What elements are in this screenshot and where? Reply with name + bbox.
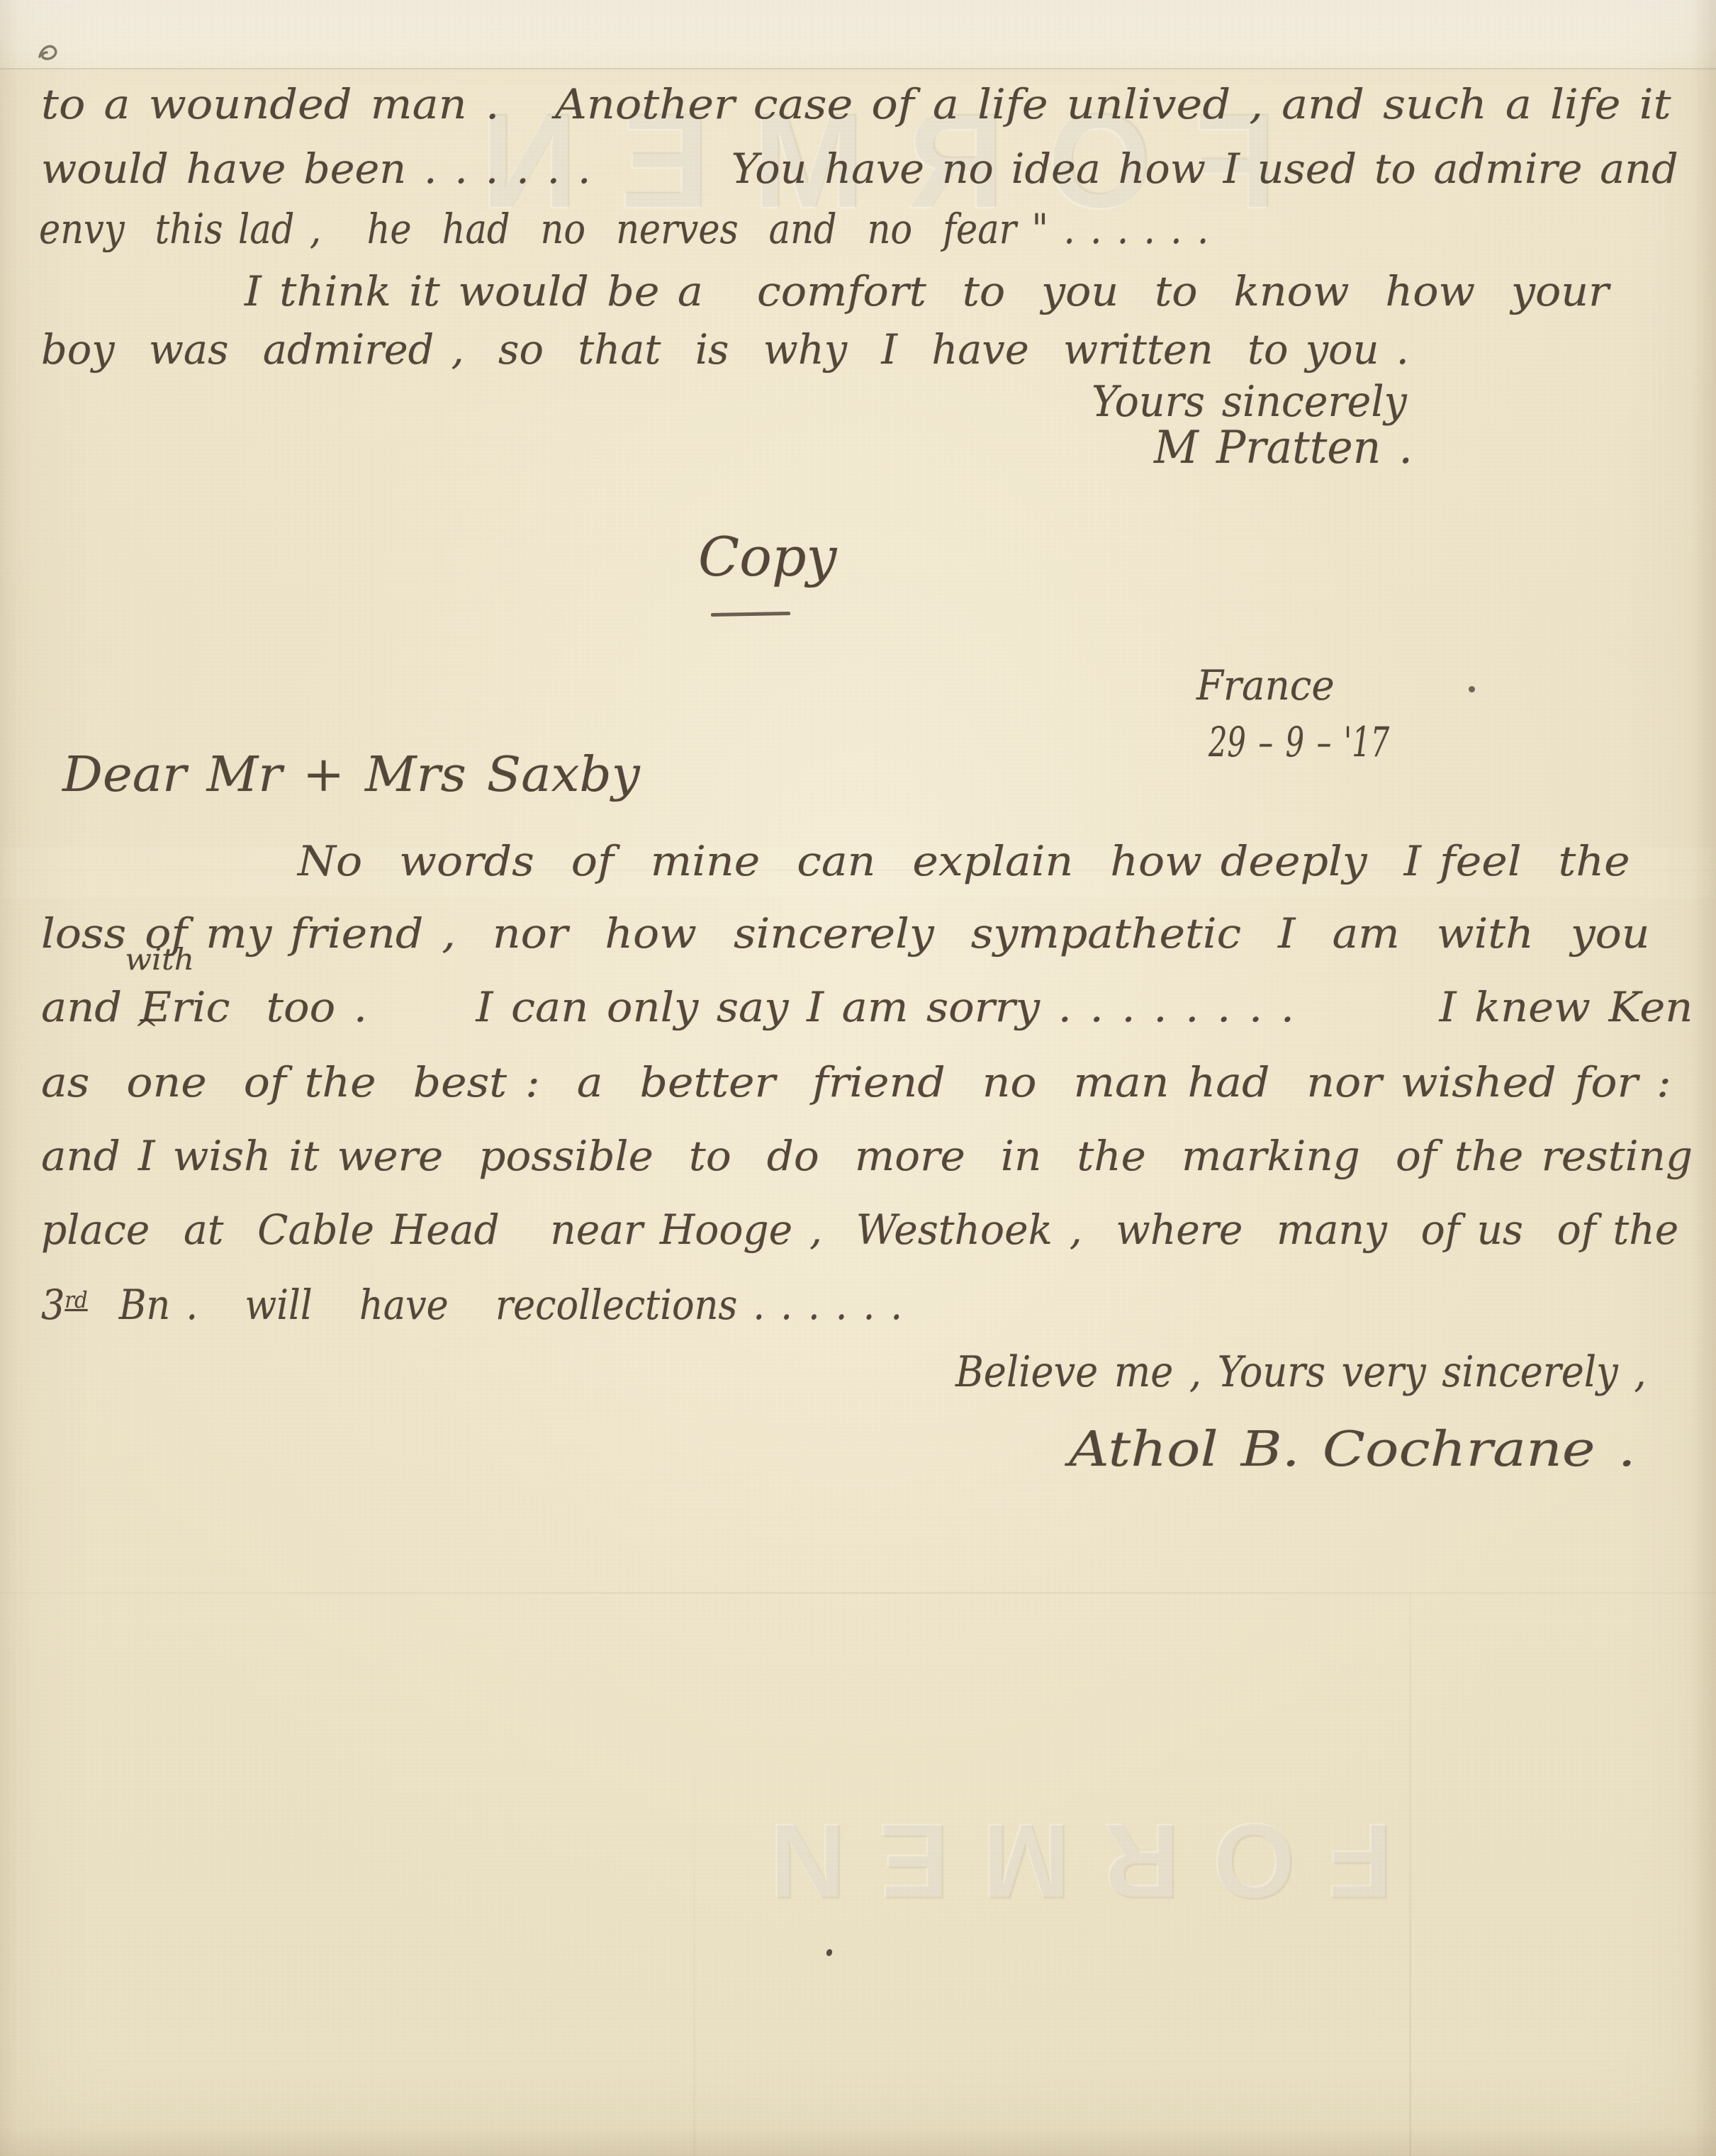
salutation: Dear Mr + Mrs Saxby <box>62 751 640 799</box>
corner-mark <box>35 40 67 68</box>
fold-crease-horizontal <box>0 869 1716 871</box>
scanned-letter-page: { "page": { "paper_color": "#ece2c8", "i… <box>0 0 1716 2156</box>
copy-heading: Copy <box>698 530 837 584</box>
embossed-ghost-text-bottom: FORMEN <box>737 1800 1393 1923</box>
handwriting-line: envy this lad , he had no nerves and no … <box>39 208 1209 249</box>
paper-edge-shadow-left <box>0 0 18 2156</box>
body-line: loss of my friend , nor how sincerely sy… <box>41 913 1650 954</box>
handwriting-line: would have been . . . . . . You have no … <box>41 148 1678 189</box>
insertion-line-start: and <box>41 983 122 1031</box>
insertion-line-rest: Eric too . I can only say I am sorry . .… <box>122 983 1693 1031</box>
valediction-pratten: Yours sincerely <box>1092 381 1407 423</box>
signature-cochrane: Athol B. Cochrane . <box>1069 1426 1636 1474</box>
handwriting-line: to a wounded man . Another case of a lif… <box>41 84 1671 125</box>
body-line-battalion: 3rd Bn . will have recollections . . . .… <box>41 1284 902 1325</box>
fold-crease-vertical <box>1409 1592 1411 2156</box>
battalion-digit: 3 <box>41 1281 65 1329</box>
fold-crease-vertical <box>693 1772 695 2156</box>
signature-pratten: M Pratten . <box>1154 425 1413 471</box>
ink-dot <box>1469 686 1475 692</box>
body-line: place at Cable Head near Hooge , Westhoe… <box>41 1209 1678 1250</box>
fold-crease-horizontal <box>0 1592 1716 1594</box>
body-line: and I wish it were possible to do more i… <box>41 1135 1693 1177</box>
inserted-word: with <box>125 945 194 975</box>
paper-top-edge <box>0 0 1716 69</box>
body-line: as one of the best : a better friend no … <box>41 1062 1671 1103</box>
date-line: 29 – 9 – '17 <box>1209 722 1389 763</box>
paper-edge-shadow-bottom <box>0 2128 1716 2156</box>
place-line: France <box>1196 665 1335 706</box>
body-line-with-insertion: andwith^ Eric too . I can only say I am … <box>41 987 1693 1028</box>
valediction-cochrane: Believe me , Yours very sincerely , <box>955 1351 1647 1393</box>
caret-mark: ^ <box>134 1016 159 1044</box>
battalion-ordinal-suffix: rd <box>65 1286 87 1313</box>
handwriting-line: boy was admired , so that is why I have … <box>41 329 1409 370</box>
body-line: No words of mine can explain how deeply … <box>298 841 1630 882</box>
battalion-line-rest: Bn . will have recollections . . . . . . <box>88 1281 902 1329</box>
handwriting-line: I think it would be a comfort to you to … <box>245 271 1609 312</box>
paper-edge-shadow-right <box>1692 0 1716 2156</box>
